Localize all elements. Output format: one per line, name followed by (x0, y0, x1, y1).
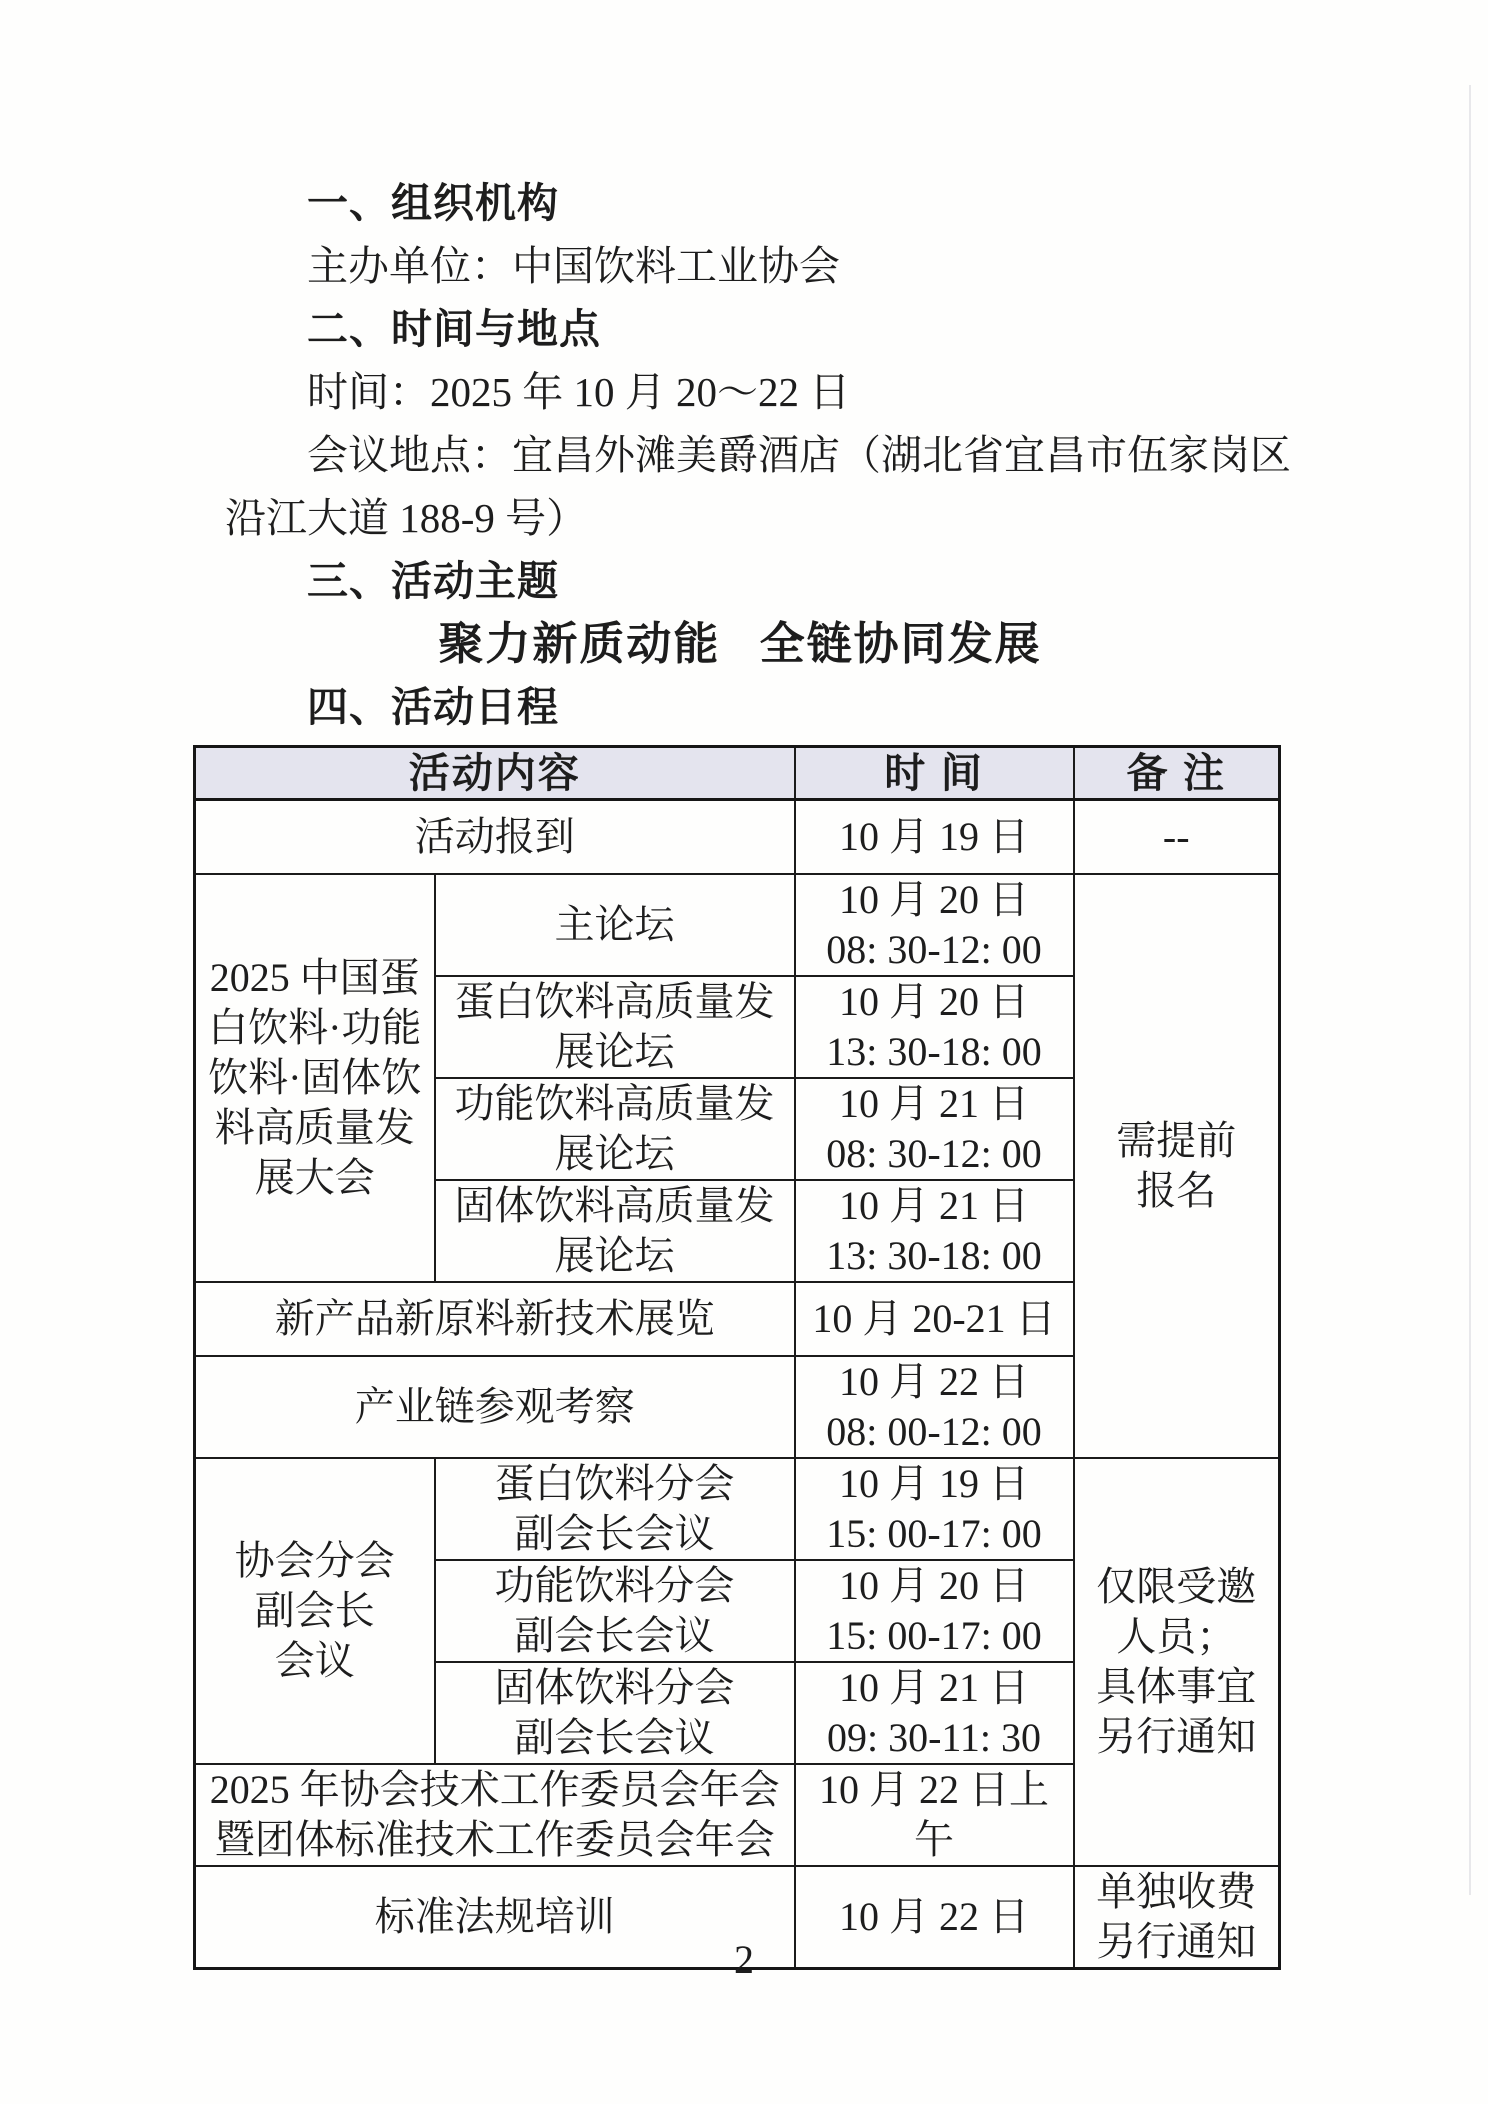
cell-functional-branch-time: 10 月 20 日 15: 00-17: 00 (795, 1560, 1074, 1662)
cell-conference-group: 2025 中国蛋 白饮料·功能 饮料·固体饮 料高质量发 展大会 (195, 874, 435, 1282)
document-page: 一、组织机构 主办单位：中国饮料工业协会 二、时间与地点 时间：2025 年 1… (0, 0, 1488, 2104)
cell-protein-forum-time: 10 月 20 日 13: 30-18: 00 (795, 976, 1074, 1078)
cell-committee-content: 2025 年协会技术工作委员会年会 暨团体标准技术工作委员会年会 (195, 1764, 795, 1866)
cell-functional-branch-content: 功能饮料分会 副会长会议 (435, 1560, 795, 1662)
cell-protein-branch-content: 蛋白饮料分会 副会长会议 (435, 1458, 795, 1560)
event-theme: 聚力新质动能 全链协同发展 (225, 613, 1255, 676)
cell-branch-group: 协会分会 副会长 会议 (195, 1458, 435, 1764)
row-protein-branch: 协会分会 副会长 会议 蛋白饮料分会 副会长会议 10 月 19 日 15: 0… (195, 1458, 1280, 1560)
row-checkin: 活动报到 10 月 19 日 -- (195, 800, 1280, 874)
page-number: 2 (0, 1936, 1488, 1983)
cell-expo-content: 新产品新原料新技术展览 (195, 1282, 795, 1356)
col-header-remark: 备 注 (1074, 747, 1280, 800)
event-time-line: 时间：2025 年 10 月 20～22 日 (225, 361, 1255, 424)
cell-protein-forum-content: 蛋白饮料高质量发 展论坛 (435, 976, 795, 1078)
cell-functional-forum-time: 10 月 21 日 08: 30-12: 00 (795, 1078, 1074, 1180)
cell-solid-forum-content: 固体饮料高质量发 展论坛 (435, 1180, 795, 1282)
heading-schedule: 四、活动日程 (225, 676, 1255, 739)
col-header-time: 时 间 (795, 747, 1074, 800)
cell-remark-invited: 仅限受邀 人员； 具体事宜 另行通知 (1074, 1458, 1280, 1866)
cell-solid-branch-time: 10 月 21 日 09: 30-11: 30 (795, 1662, 1074, 1764)
document-body: 一、组织机构 主办单位：中国饮料工业协会 二、时间与地点 时间：2025 年 1… (225, 172, 1255, 739)
cell-checkin-content: 活动报到 (195, 800, 795, 874)
scan-edge-artifact (1469, 85, 1471, 1895)
cell-protein-branch-time: 10 月 19 日 15: 00-17: 00 (795, 1458, 1074, 1560)
heading-time-place: 二、时间与地点 (225, 298, 1255, 361)
cell-remark-preregister: 需提前 报名 (1074, 874, 1280, 1458)
table-header-row: 活动内容 时 间 备 注 (195, 747, 1280, 800)
cell-expo-time: 10 月 20-21 日 (795, 1282, 1074, 1356)
cell-tour-time: 10 月 22 日 08: 00-12: 00 (795, 1356, 1074, 1458)
cell-main-forum-time: 10 月 20 日 08: 30-12: 00 (795, 874, 1074, 976)
cell-checkin-time: 10 月 19 日 (795, 800, 1074, 874)
venue-line-1: 会议地点：宜昌外滩美爵酒店（湖北省宜昌市伍家岗区 (225, 424, 1255, 487)
schedule-table: 活动内容 时 间 备 注 活动报到 10 月 19 日 -- 2025 中国蛋 … (193, 745, 1281, 1970)
col-header-content: 活动内容 (195, 747, 795, 800)
cell-checkin-remark: -- (1074, 800, 1280, 874)
cell-solid-branch-content: 固体饮料分会 副会长会议 (435, 1662, 795, 1764)
venue-line-2: 沿江大道 188-9 号） (225, 487, 1255, 550)
cell-solid-forum-time: 10 月 21 日 13: 30-18: 00 (795, 1180, 1074, 1282)
cell-main-forum-content: 主论坛 (435, 874, 795, 976)
heading-theme: 三、活动主题 (225, 550, 1255, 613)
cell-tour-content: 产业链参观考察 (195, 1356, 795, 1458)
heading-organization: 一、组织机构 (225, 172, 1255, 235)
cell-functional-forum-content: 功能饮料高质量发 展论坛 (435, 1078, 795, 1180)
cell-committee-time: 10 月 22 日上午 (795, 1764, 1074, 1866)
row-main-forum: 2025 中国蛋 白饮料·功能 饮料·固体饮 料高质量发 展大会 主论坛 10 … (195, 874, 1280, 976)
host-organizer-line: 主办单位：中国饮料工业协会 (225, 235, 1255, 298)
